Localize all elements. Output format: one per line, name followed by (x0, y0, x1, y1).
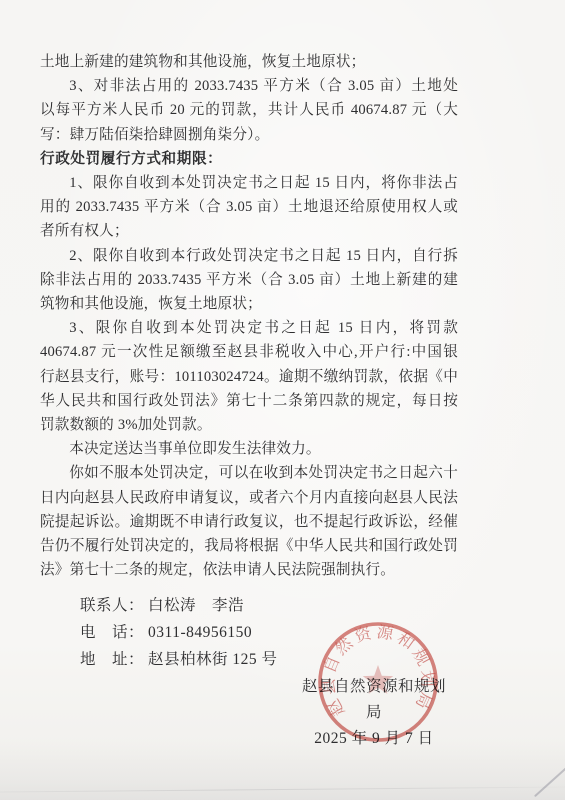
body-line: 日内向赵县人民政府申请复议，或者六个月内直接向赵县人民法 (40, 486, 458, 510)
body-line: 华人民共和国行政处罚法》第七十二条第四款的规定，每日按 (40, 389, 458, 413)
contact-phone-label: 电 话： (80, 624, 144, 641)
body-line: 3、对非法占用的 2033.7435 平方米（合 3.05 亩）土地处 (40, 74, 458, 98)
body-line: 2、限你自收到本行政处罚决定书之日起 15 日内，自行拆 (40, 244, 458, 268)
body-line: 告仍不履行处罚决定的，我局将根据《中华人民共和国行政处罚 (40, 534, 458, 558)
contact-person-label: 联系人： (80, 597, 144, 614)
body-line: 院提起诉讼。逾期既不申请行政复议，也不提起行政诉讼，经催 (40, 510, 458, 534)
contact-block: 联系人：白松涛 李浩 电 话：0311-84956150 地 址：赵县柏林街 1… (80, 592, 278, 673)
body-line: 者所有权人； (40, 219, 458, 243)
body-line: 你如不服本处罚决定，可以在收到本处罚决定书之日起六十 (40, 461, 458, 485)
body-line: 法》第七十二条的规定，依法申请人民法院强制执行。 (40, 558, 458, 582)
body-line: 40674.87 元一次性足额缴至赵县非税收入中心,开户行:中国银 (40, 340, 458, 364)
body-line: 土地上新建的建筑物和其他设施，恢复土地原状； (40, 50, 458, 74)
document-body: 土地上新建的建筑物和其他设施，恢复土地原状； 3、对非法占用的 2033.743… (40, 50, 458, 582)
issuing-agency: 赵县自然资源和规划局 (296, 674, 452, 726)
contact-phone-row: 电 话：0311-84956150 (80, 619, 278, 646)
body-line: 筑物和其他设施，恢复土地原状； (40, 292, 458, 316)
body-line: 本决定送达当事单位即发生法律效力。 (40, 437, 458, 461)
section-heading: 行政处罚履行方式和期限： (40, 147, 458, 171)
body-line: 罚款数额的 3%加处罚款。 (40, 413, 458, 437)
contact-phone-value: 0311-84956150 (148, 624, 252, 641)
body-line: 用的 2033.7435 平方米（合 3.05 亩）土地退还给原使用权人或 (40, 195, 458, 219)
contact-address-label: 地 址： (80, 651, 144, 668)
body-line: 3、限你自收到本处罚决定书之日起 15 日内，将罚款 (40, 316, 458, 340)
scanned-document-page: 土地上新建的建筑物和其他设施，恢复土地原状； 3、对非法占用的 2033.743… (0, 0, 565, 800)
body-line: 行赵县支行，账号：101103024724。逾期不缴纳罚款，依据《中 (40, 365, 458, 389)
body-line: 1、限你自收到本处罚决定书之日起 15 日内，将你非法占 (40, 171, 458, 195)
contact-address-value: 赵县柏林街 125 号 (148, 651, 278, 668)
contact-person-row: 联系人：白松涛 李浩 (80, 592, 278, 619)
body-line: 除非法占用的 2033.7435 平方米（合 3.05 亩）土地上新建的建 (40, 268, 458, 292)
contact-address-row: 地 址：赵县柏林街 125 号 (80, 646, 278, 673)
contact-person-value: 白松涛 李浩 (148, 597, 244, 614)
body-line: 写：肆万陆佰柒拾肆圆捌角柒分）。 (40, 123, 458, 147)
body-line: 以每平方米人民币 20 元的罚款，共计人民币 40674.87 元（大 (40, 98, 458, 122)
